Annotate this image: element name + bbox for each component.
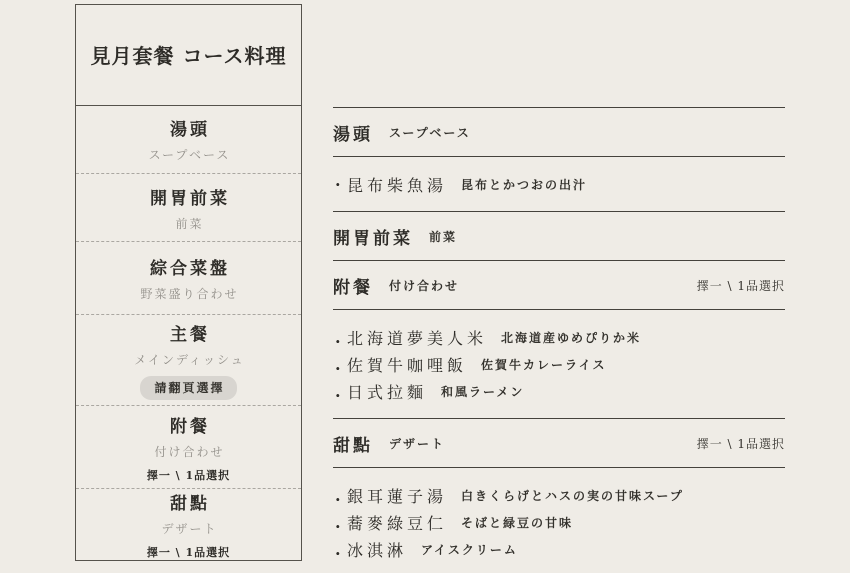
content-header-side-dish: 附餐 付け合わせ 擇一 \ 1品選択	[333, 260, 785, 309]
item-name: 蕎麥綠豆仁	[347, 511, 447, 534]
content-items-soup: · 昆布柴魚湯 昆布とかつおの出汁	[333, 156, 785, 211]
item-bullet: .	[335, 540, 347, 559]
section-title: 附餐	[333, 273, 373, 298]
section-title: 甜點	[167, 489, 210, 514]
content-header-dessert: 甜點 デザート 擇一 \ 1品選択	[333, 418, 785, 467]
section-title: 開胃前菜	[147, 184, 230, 209]
item-bullet: .	[335, 382, 347, 401]
menu-title: 見月套餐 コース料理	[76, 5, 301, 106]
content-items-dessert: . 銀耳蓮子湯 白きくらげとハスの実の甘味スープ . 蕎麥綠豆仁 そばと緑豆の甘…	[333, 467, 785, 573]
menu-item: · 昆布柴魚湯 昆布とかつおの出汁	[333, 171, 785, 198]
sidebar-section-dessert: 甜點 デザート 擇一 \ 1品選択	[76, 489, 301, 560]
sidebar-section-appetizer: 開胃前菜 前菜	[76, 174, 301, 242]
item-description: 北海道産ゆめぴりか米	[501, 329, 641, 346]
section-title: 湯頭	[333, 120, 373, 145]
item-description: 佐賀牛カレーライス	[481, 356, 607, 373]
item-description: 白きくらげとハスの実の甘味スープ	[461, 487, 684, 504]
section-subtitle: 前菜	[173, 215, 203, 232]
item-name: 佐賀牛咖哩飯	[347, 353, 467, 376]
section-title: 附餐	[167, 412, 210, 437]
item-bullet: .	[335, 486, 347, 505]
section-title: 主餐	[167, 320, 210, 345]
item-name: 銀耳蓮子湯	[347, 484, 447, 507]
section-title: 湯頭	[167, 115, 210, 140]
sidebar-section-side-dish: 附餐 付け合わせ 擇一 \ 1品選択	[76, 406, 301, 489]
section-subtitle: 前菜	[429, 228, 457, 245]
item-description: アイスクリーム	[421, 541, 518, 558]
course-detail-panel: 湯頭 スープベース · 昆布柴魚湯 昆布とかつおの出汁 開胃前菜 前菜 附餐 付…	[333, 107, 785, 573]
section-subtitle: デザート	[389, 435, 445, 452]
menu-item: . 北海道夢美人米 北海道産ゆめぴりか米	[333, 324, 785, 351]
section-subtitle: メインディッシュ	[132, 351, 245, 368]
section-title: 綜合菜盤	[147, 254, 230, 279]
section-subtitle: 付け合わせ	[152, 443, 224, 460]
section-subtitle: スープベース	[147, 146, 231, 163]
sidebar-section-soup: 湯頭 スープベース	[76, 106, 301, 175]
menu-item: . 冰淇淋 アイスクリーム	[333, 536, 785, 563]
item-bullet: ·	[335, 175, 347, 194]
content-items-side-dish: . 北海道夢美人米 北海道産ゆめぴりか米 . 佐賀牛咖哩飯 佐賀牛カレーライス …	[333, 309, 785, 418]
item-description: そばと緑豆の甘味	[461, 514, 573, 531]
sidebar-section-vegetable-platter: 綜合菜盤 野菜盛り合わせ	[76, 242, 301, 315]
section-title: 甜點	[333, 431, 373, 456]
section-subtitle: デザート	[159, 520, 217, 537]
menu-item: . 蕎麥綠豆仁 そばと緑豆の甘味	[333, 509, 785, 536]
section-subtitle: 野菜盛り合わせ	[138, 285, 238, 302]
item-bullet: .	[335, 328, 347, 347]
item-description: 和風ラーメン	[441, 383, 524, 400]
section-subtitle: スープベース	[389, 124, 471, 141]
item-name: 北海道夢美人米	[347, 326, 487, 349]
menu-item: . 銀耳蓮子湯 白きくらげとハスの実の甘味スープ	[333, 482, 785, 509]
menu-item: . 日式拉麵 和風ラーメン	[333, 378, 785, 405]
choose-one-note: 擇一 \ 1品選択	[147, 544, 230, 560]
choose-one-note: 擇一 \ 1品選択	[697, 277, 785, 294]
choose-one-note: 擇一 \ 1品選択	[697, 435, 785, 452]
content-header-appetizer: 開胃前菜 前菜	[333, 211, 785, 260]
item-bullet: .	[335, 355, 347, 374]
item-description: 昆布とかつおの出汁	[461, 176, 587, 193]
item-name: 冰淇淋	[347, 538, 407, 561]
choose-one-note: 擇一 \ 1品選択	[147, 467, 230, 483]
section-subtitle: 付け合わせ	[389, 277, 459, 294]
turn-page-badge: 請翻頁選擇	[140, 376, 236, 400]
item-name: 日式拉麵	[347, 380, 427, 403]
course-menu-sidebar: 見月套餐 コース料理 湯頭 スープベース 開胃前菜 前菜 綜合菜盤 野菜盛り合わ…	[75, 4, 302, 561]
item-name: 昆布柴魚湯	[347, 173, 447, 196]
sidebar-section-main-dish: 主餐 メインディッシュ 請翻頁選擇	[76, 315, 301, 407]
item-bullet: .	[335, 513, 347, 532]
menu-item: . 佐賀牛咖哩飯 佐賀牛カレーライス	[333, 351, 785, 378]
content-header-soup: 湯頭 スープベース	[333, 107, 785, 156]
section-title: 開胃前菜	[333, 224, 413, 249]
